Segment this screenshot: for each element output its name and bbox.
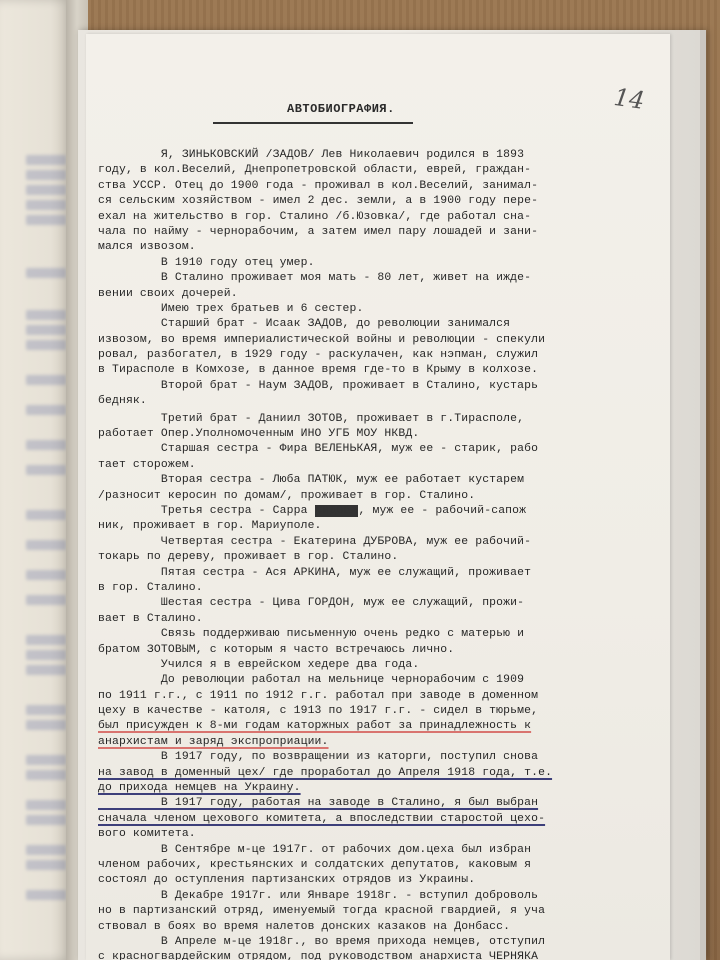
text-line: ствовал в боях во время налетов донских …	[98, 920, 658, 935]
text-line: До революции работал на мельнице чернора…	[98, 673, 658, 688]
text-line: Вторая сестра - Люба ПАТЮК, муж ее работ…	[98, 473, 658, 488]
text-line: Я, ЗИНЬКОВСКИЙ /ЗАДОВ/ Лев Николаевич ро…	[98, 148, 658, 163]
ink-bleed-mark	[26, 845, 66, 855]
text-line: вает в Сталино.	[98, 612, 658, 627]
ink-bleed-mark	[26, 340, 66, 350]
text-line: Связь поддерживаю письменную очень редко…	[98, 627, 658, 642]
text-line: членом рабочих, крестьянских и солдатски…	[98, 858, 658, 873]
document-body: Я, ЗИНЬКОВСКИЙ /ЗАДОВ/ Лев Николаевич ро…	[98, 148, 658, 960]
ink-bleed-mark	[26, 755, 66, 765]
text-line: В 1917 году, работая на заводе в Сталино…	[98, 796, 658, 811]
ink-bleed-mark	[26, 650, 66, 660]
ink-bleed-mark	[26, 720, 66, 730]
text-line: ехал на жительство в гор. Сталино /б.Юзо…	[98, 210, 658, 225]
text-line: ровал, разбогател, в 1929 году - раскула…	[98, 348, 658, 363]
ink-bleed-mark	[26, 635, 66, 645]
ink-bleed-mark	[26, 170, 66, 180]
ink-bleed-mark	[26, 405, 66, 415]
text-line: по 1911 г.г., с 1911 по 1912 г.г. работа…	[98, 689, 658, 704]
ink-bleed-mark	[26, 815, 66, 825]
ink-bleed-mark	[26, 155, 66, 165]
ink-bleed-mark	[26, 890, 66, 900]
text-line: Шестая сестра - Цива ГОРДОН, муж ее служ…	[98, 596, 658, 611]
text-line: Старшая сестра - Фира ВЕЛЕНЬКАЯ, муж ее …	[98, 442, 658, 457]
text-line: работает Опер.Уполномоченным ИНО УГБ МОУ…	[98, 427, 658, 442]
text-line: ся сельским хозяйством - имел 2 дес. зем…	[98, 194, 658, 209]
text-line: анархистам и заряд экспроприации.	[98, 735, 658, 750]
text-line: на завод в доменный цех/ где проработал …	[98, 766, 658, 781]
ink-bleed-mark	[26, 540, 66, 550]
text-line: цеху в качестве - католя, с 1913 по 1917…	[98, 704, 658, 719]
ink-bleed-mark	[26, 800, 66, 810]
text-line: но в партизанский отряд, именуемый тогда…	[98, 904, 658, 919]
text-line: В Сталино проживает моя мать - 80 лет, ж…	[98, 271, 658, 286]
text-line: токарь по дереву, проживает в гор. Стали…	[98, 550, 658, 565]
ink-bleed-mark	[26, 375, 66, 385]
text-line: мался извозом.	[98, 240, 658, 255]
ink-bleed-mark	[26, 595, 66, 605]
text-line: до прихода немцев на Украину.	[98, 781, 658, 796]
text-line: бедняк.	[98, 394, 658, 409]
document-title: АВТОБИОГРАФИЯ.	[287, 102, 395, 116]
redacted-word: СИДОВА	[315, 505, 359, 517]
ink-bleed-mark	[26, 665, 66, 675]
text-line: был присужден к 8-ми годам каторжных раб…	[98, 719, 658, 734]
ink-bleed-mark	[26, 770, 66, 780]
text-line: Второй брат - Наум ЗАДОВ, проживает в Ст…	[98, 379, 658, 394]
text-line: Пятая сестра - Ася АРКИНА, муж ее служащ…	[98, 566, 658, 581]
ink-bleed-mark	[26, 860, 66, 870]
text-line: вого комитета.	[98, 827, 658, 842]
text-line: чала по найму - чернорабочим, а затем им…	[98, 225, 658, 240]
ink-bleed-mark	[26, 215, 66, 225]
ink-bleed-mark	[26, 440, 66, 450]
text-line: тает сторожем.	[98, 458, 658, 473]
ink-bleed-mark	[26, 268, 66, 278]
text-line: /разносит керосин по домам/, проживает в…	[98, 489, 658, 504]
text-line: ник, проживает в гор. Мариуполе.	[98, 519, 658, 534]
text-line: Учился я в еврейском хедере два года.	[98, 658, 658, 673]
ink-bleed-mark	[26, 510, 66, 520]
text-line: в гор. Сталино.	[98, 581, 658, 596]
handwritten-page-number: 14	[612, 83, 646, 115]
text-line: извозом, во время империалистической вой…	[98, 333, 658, 348]
text-line: в Тирасполе в Комхозе, в данное время гд…	[98, 363, 658, 378]
text-line: В Сентябре м-це 1917г. от рабочих дом.це…	[98, 843, 658, 858]
text-line: году, в кол.Веселий, Днепропетровской об…	[98, 163, 658, 178]
ink-bleed-mark	[26, 570, 66, 580]
text-line: вении своих дочерей.	[98, 287, 658, 302]
text-line: В Декабре 1917г. или Январе 1918г. - вст…	[98, 889, 658, 904]
text-line: В 1910 году отец умер.	[98, 256, 658, 271]
left-facing-page	[0, 0, 72, 960]
text-line: Четвертая сестра - Екатерина ДУБРОВА, му…	[98, 535, 658, 550]
ink-bleed-mark	[26, 310, 66, 320]
text-line: Третий брат - Даниил ЗОТОВ, проживает в …	[98, 412, 658, 427]
text-line: братом ЗОТОВЫМ, с которым я часто встреч…	[98, 643, 658, 658]
ink-bleed-mark	[26, 705, 66, 715]
ink-bleed-mark	[26, 200, 66, 210]
text-line: Третья сестра - Сарра СИДОВА, муж ее - р…	[98, 504, 658, 519]
ink-bleed-mark	[26, 465, 66, 475]
text-line: Имею трех братьев и 6 сестер.	[98, 302, 658, 317]
text-line: ства УССР. Отец до 1900 года - проживал …	[98, 179, 658, 194]
text-line: Старший брат - Исаак ЗАДОВ, до революции…	[98, 317, 658, 332]
text-line: состоял до оступления партизанских отряд…	[98, 873, 658, 888]
ink-bleed-mark	[26, 185, 66, 195]
text-line: с красногвардейским отрядом, под руковод…	[98, 950, 658, 960]
title-underline	[213, 122, 413, 124]
ink-bleed-mark	[26, 325, 66, 335]
text-line: сначала членом цехового комитета, а впос…	[98, 812, 658, 827]
text-line: В Апреле м-це 1918г., во время прихода н…	[98, 935, 658, 950]
text-line: В 1917 году, по возвращении из каторги, …	[98, 750, 658, 765]
